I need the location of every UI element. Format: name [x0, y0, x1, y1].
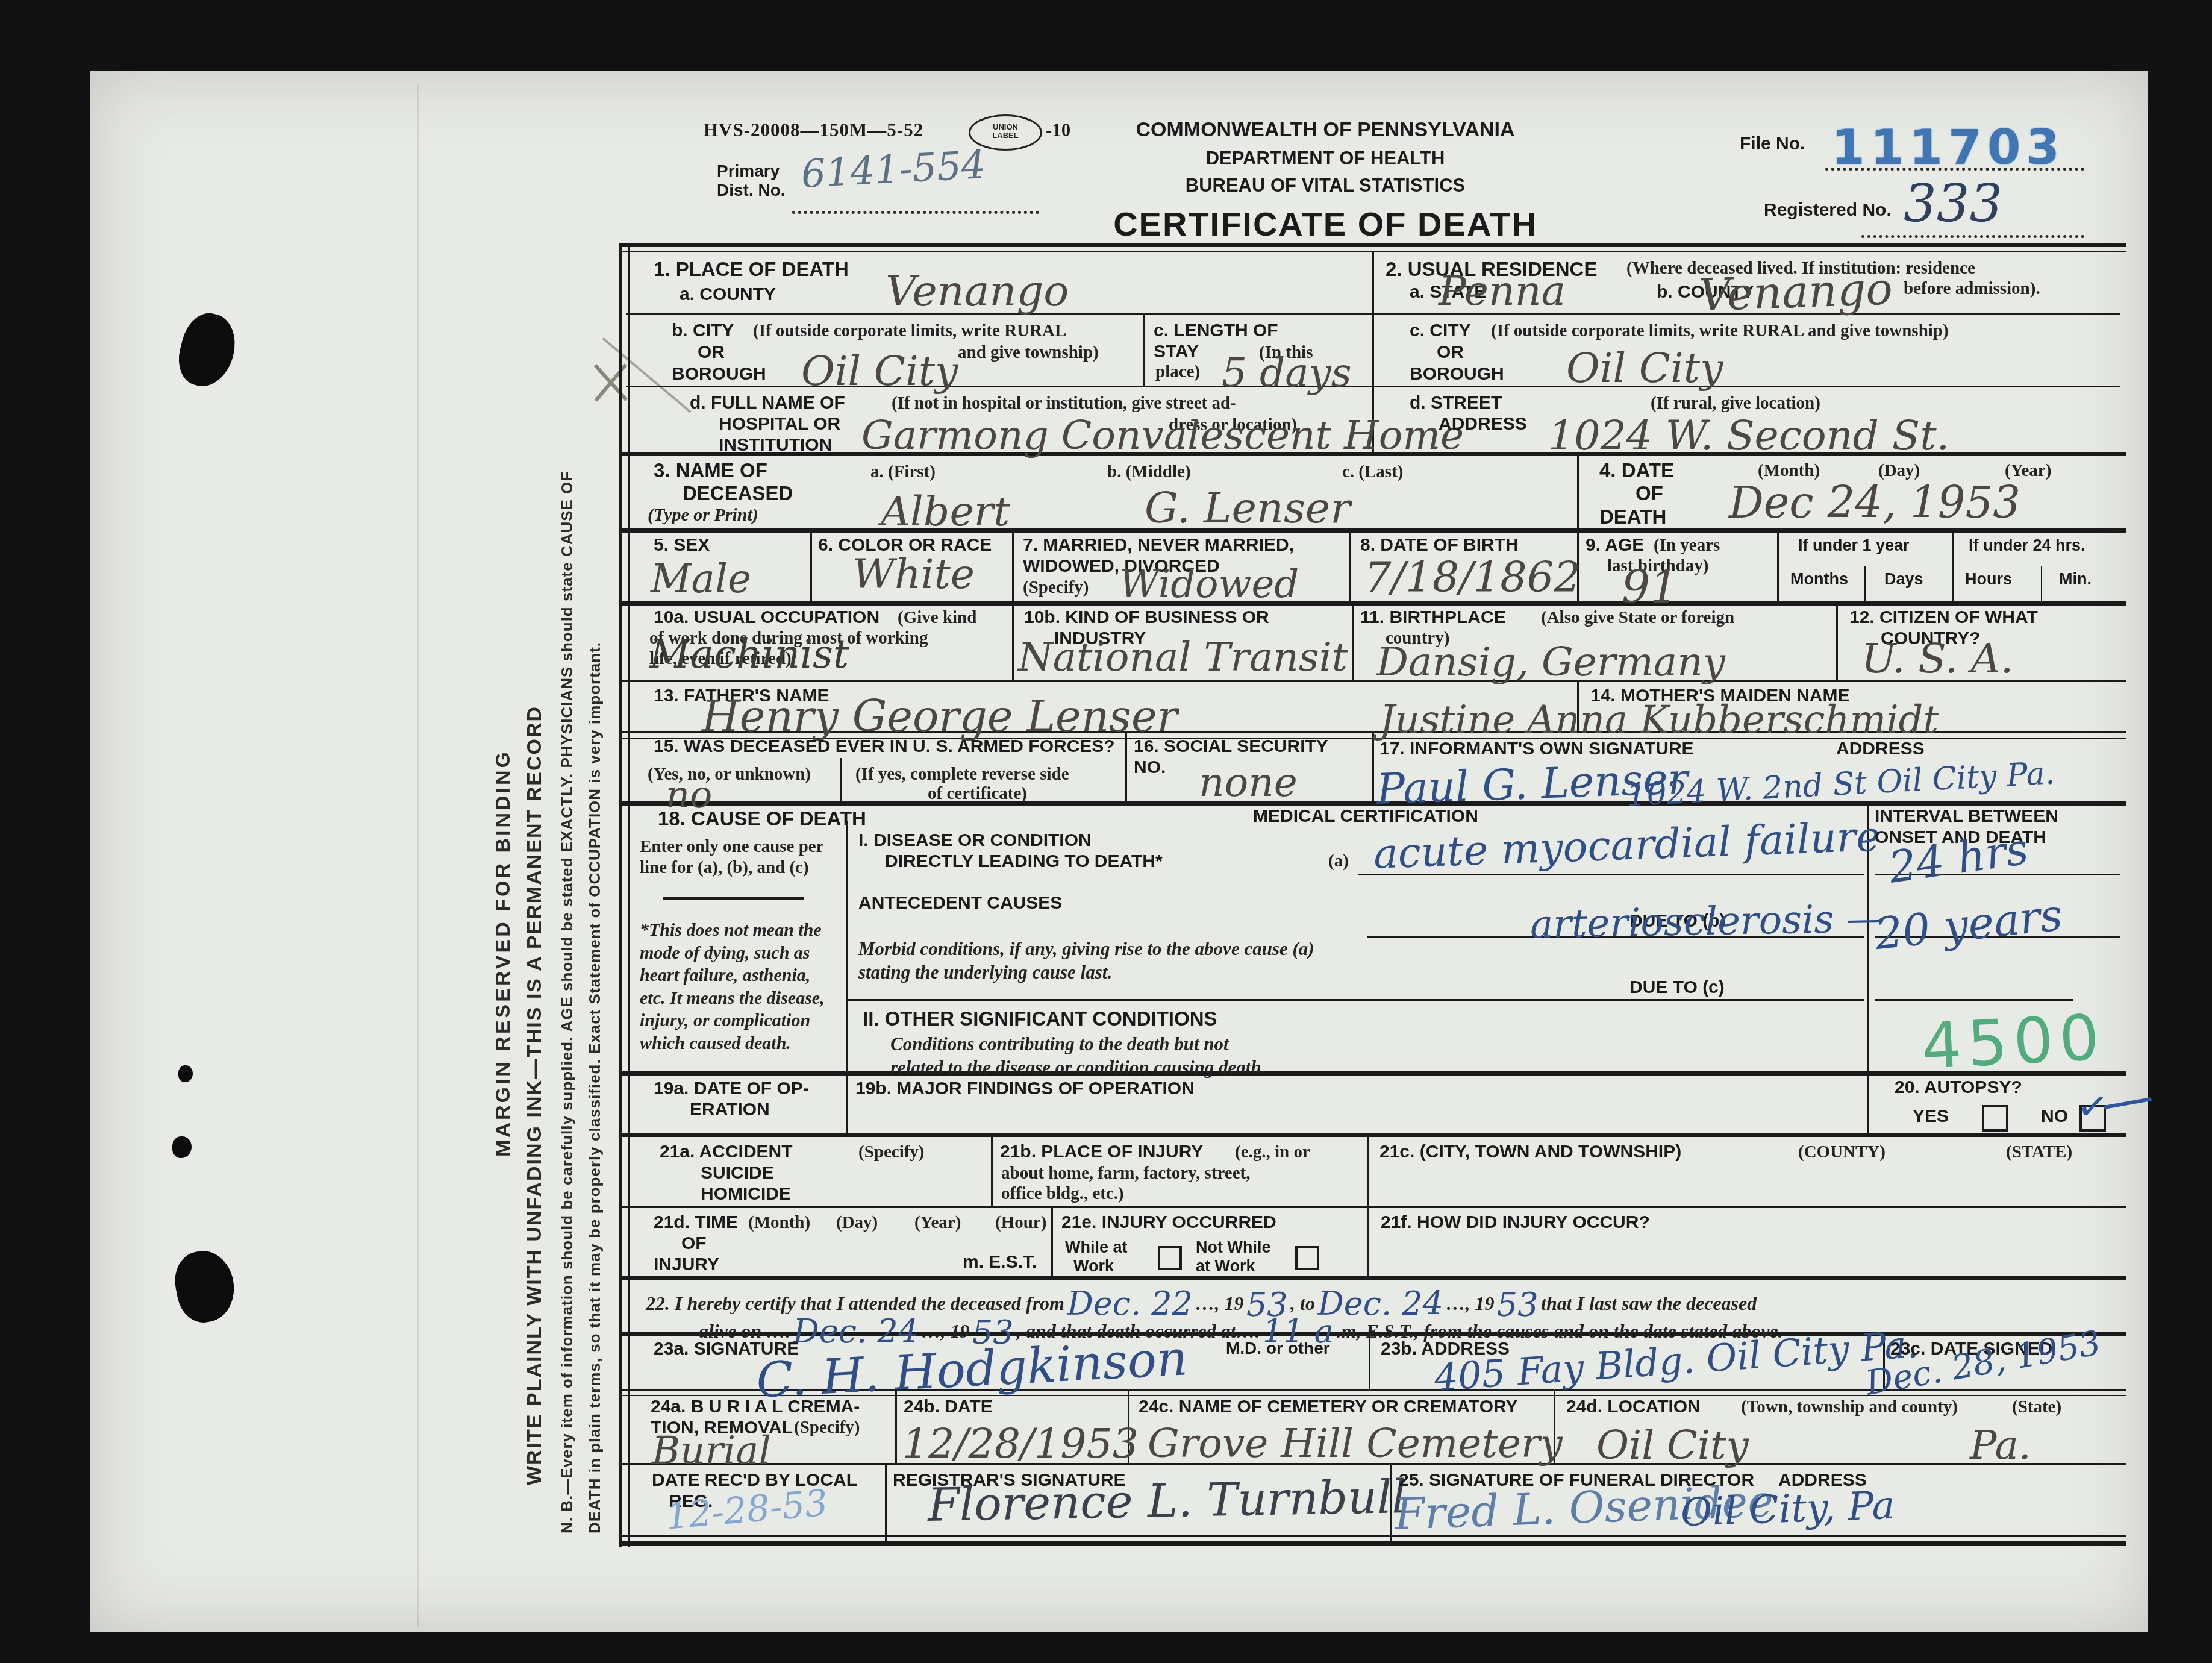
field-street-paren: (If rural, give location) [1651, 393, 1820, 414]
field-occupation-paren: (Give kind [898, 607, 976, 628]
field-type-or-print-label: (Type or Print) [648, 504, 758, 527]
cause-asterisk-note: *This does not mean the mode of dying, s… [640, 919, 840, 1054]
field-injury-city-label: 21c. (CITY, TOWN AND TOWNSHIP) [1379, 1142, 1681, 1163]
field-birthplace-value: Dansig, Germany [1376, 644, 1725, 681]
md-or-other-label: M.D. or other [1226, 1339, 1330, 1358]
field-place-of-injury-label: 21b. PLACE OF INJURY [1000, 1142, 1203, 1163]
rule [1012, 528, 1014, 601]
rule [1143, 313, 1145, 386]
commonwealth-line: COMMONWEALTH OF PENNSYLVANIA [1096, 118, 1554, 142]
green-code-number: 4500 [1920, 1000, 2107, 1083]
field-registrar-signature-value: Florence L. Turnbull [927, 1475, 1407, 1527]
rule [1836, 601, 1838, 680]
field-marital-specify-label: (Specify) [1023, 577, 1089, 598]
rule [810, 528, 812, 601]
field-burial-date-value: 12/28/1953 [902, 1425, 1139, 1464]
field-date-of-birth-value: 7/18/1862 [1364, 557, 1581, 598]
department-line: DEPARTMENT OF HEALTH [1096, 148, 1554, 169]
field-time-of-injury-label: 21d. TIMEOFINJURY [654, 1212, 738, 1275]
field-city-paren: (If outside corporate limits, write RURA… [753, 321, 1066, 342]
medical-certification-label: MEDICAL CERTIFICATION [1253, 806, 1478, 827]
field-armed-forces-ifyes2: of certificate) [928, 783, 1027, 804]
field-middle-last-name-value: G. Lenser [1145, 488, 1351, 528]
cause-intro-note: Enter only one cause per line for (a), (… [640, 836, 839, 878]
field-age-label: 9. AGE [1586, 535, 1644, 556]
field-city-paren2: and give township) [958, 342, 1099, 363]
field-toi-month-label: (Month) [748, 1212, 810, 1233]
field-burial-location-value: Oil City [1596, 1427, 1749, 1465]
rule [885, 1463, 887, 1541]
field-months-label: Months [1790, 570, 1848, 589]
field-age-value: 91 [1622, 566, 1678, 609]
field-toi-hour-label: (Hour) [995, 1212, 1046, 1233]
field-name-of-deceased-label: 3. NAME OFDECEASED [654, 459, 793, 506]
field-occupation-label: 10a. USUAL OCCUPATION [654, 607, 879, 628]
rule [1864, 566, 1866, 601]
field-birthplace-paren: (Also give State or foreign [1541, 607, 1734, 628]
morbid-conditions-note: Morbid conditions, if any, giving rise t… [858, 938, 1346, 985]
rule [1861, 205, 2084, 238]
rule [1372, 731, 1374, 801]
field-place-of-injury-paren2: about home, farm, factory, street, [1001, 1163, 1250, 1184]
form-number: HVS-20008—150M—5-52 [704, 119, 923, 141]
seal-suffix: -10 [1046, 119, 1070, 141]
field-marital-value: Widowed [1119, 566, 1299, 603]
field-under-1-year-label: If under 1 year [1798, 536, 1910, 555]
field-birthplace-label: 11. BIRTHPLACE [1360, 607, 1506, 628]
field-first-label: a. (First) [870, 462, 936, 483]
other-significant-conditions-label: II. OTHER SIGNIFICANT CONDITIONS [863, 1007, 1217, 1030]
field-cemetery-label: 24c. NAME OF CEMETERY OR CREMATORY [1139, 1397, 1518, 1418]
field-institution-paren: (If not in hospital or institution, give… [892, 393, 1236, 414]
field-res-or-label: OR [1437, 342, 1464, 363]
field-informant-address-label: ADDRESS [1836, 739, 1925, 760]
field-borough-label: BOROUGH [672, 364, 766, 385]
rule [1875, 999, 2073, 1001]
rule [1577, 452, 1579, 528]
field-res-city-paren: (If outside corporate limits, write RURA… [1491, 321, 1949, 342]
rule [619, 601, 2126, 606]
field-funeral-director-address-value: Oil City, Pa [1680, 1488, 1895, 1532]
rule [1777, 528, 1779, 601]
file-no-label: File No. [1740, 134, 1805, 155]
field-place-of-injury-paren: (e.g., in or [1235, 1142, 1310, 1163]
field-armed-forces-label: 15. WAS DECEASED EVER IN U. S. ARMED FOR… [654, 736, 1115, 757]
due-to-c-label: DUE TO (c) [1629, 977, 1725, 998]
rule [619, 243, 2126, 247]
rule [991, 1133, 993, 1206]
field-street-label: d. STREETADDRESS [1410, 393, 1527, 435]
field-industry-value: National Transit [1018, 639, 1348, 677]
rule [619, 1133, 2126, 1137]
margin-nb-note-2: DEATH in plain terms, so that it may be … [586, 642, 604, 1533]
autopsy-yes-checkbox[interactable] [1982, 1105, 2008, 1132]
rule [2041, 566, 2042, 601]
scanned-death-certificate: MARGIN RESERVED FOR BINDING WRITE PLAINL… [0, 0, 2212, 1663]
primary-dist-label: PrimaryDist. No. [717, 161, 786, 201]
field-county-label: a. COUNTY [680, 284, 776, 305]
field-length-of-stay-value: 5 days [1222, 354, 1352, 392]
rule [619, 1206, 2126, 1208]
rule [840, 758, 842, 801]
bureau-line: BUREAU OF VITAL STATISTICS [1096, 175, 1554, 196]
field-burial-state-value: Pa. [1970, 1427, 2031, 1465]
margin-permanent-record-note: WRITE PLAINLY WITH UNFADING INK—THIS IS … [523, 706, 546, 1485]
field-last-label: c. (Last) [1342, 462, 1403, 483]
field-date-of-death-value: Dec 24, 1953 [1729, 482, 2020, 523]
conditions-contributing-note: Conditions contributing to the death but… [890, 1033, 1266, 1080]
field-fathers-name-value: Henry George Lenser [702, 696, 1178, 737]
margin-nb-note-1: N. B.—Every item of information should b… [558, 471, 576, 1533]
rule [1952, 528, 1954, 601]
field-res-county-value: Venango [1698, 268, 1893, 316]
field-middle-label: b. (Middle) [1107, 462, 1191, 483]
field-length-of-stay-paren2: place) [1155, 362, 1200, 383]
rule [1349, 528, 1351, 601]
autopsy-yes-label: YES [1913, 1106, 1949, 1127]
field-first-name-value: Albert [881, 493, 1010, 532]
field-days-label: Days [1884, 570, 1923, 589]
rule [1825, 137, 2084, 171]
field-hours-label: Hours [1965, 570, 2012, 589]
field-res-borough-label: BOROUGH [1410, 364, 1504, 385]
rule [619, 801, 2126, 806]
field-armed-forces-ifyes: (If yes, complete reverse side [855, 764, 1069, 785]
field-toi-year-label: (Year) [914, 1212, 961, 1233]
field-street-value: 1024 W. Second St. [1548, 417, 1949, 456]
field-burial-state-label: (State) [2012, 1397, 2061, 1418]
field-cause-of-death-label: 18. CAUSE OF DEATH [658, 807, 866, 830]
field-place-of-death-label: 1. PLACE OF DEATH [654, 258, 849, 281]
field-state-value: Penna [1439, 272, 1566, 312]
field-city-label: b. CITY [672, 321, 734, 342]
injury-not-while-at-work-label: Not Whileat Work [1196, 1238, 1270, 1276]
field-institution-value: Garmong Convalescent Home [861, 417, 1464, 455]
fold-crease [417, 84, 419, 1627]
due-to-b-value: arteriosclerosis — [1530, 901, 1886, 944]
field-ssn-value: none [1199, 764, 1298, 802]
field-city-value: Oil City [801, 352, 958, 392]
field-age-paren: (In years [1654, 535, 1720, 556]
field-occupation-value: Machinist [649, 636, 849, 674]
rule [1367, 1133, 1369, 1206]
injury-while-at-work-label: While atWork [1065, 1238, 1128, 1276]
disease-leading-to-death-label: I. DISEASE OR CONDITIONDIRECTLY LEADING … [858, 830, 1163, 872]
antecedent-causes-label: ANTECEDENT CAUSES [858, 893, 1062, 914]
rule [1867, 1071, 1869, 1133]
field-burial-location-label: 24d. LOCATION [1566, 1397, 1701, 1418]
rule [846, 1071, 848, 1133]
field-min-label: Min. [2059, 570, 2092, 589]
rule [619, 1276, 2126, 1280]
not-while-at-work-checkbox[interactable] [1295, 1246, 1319, 1270]
field-injury-county-label: (COUNTY) [1798, 1142, 1886, 1163]
rule [1051, 1206, 1053, 1276]
field-institution-label: d. FULL NAME OFHOSPITAL ORINSTITUTION [690, 393, 845, 456]
rule [1352, 601, 1354, 680]
field-usual-residence-paren2: before admission). [1904, 278, 2040, 299]
rule [628, 244, 630, 1547]
field-color-race-value: White [852, 556, 975, 595]
rule [619, 528, 2126, 533]
margin-binding-note: MARGIN RESERVED FOR BINDING [492, 750, 515, 1157]
rule [792, 181, 1039, 214]
rule [1012, 601, 1014, 680]
while-at-work-checkbox[interactable] [1158, 1246, 1182, 1270]
field-date-of-death-label: 4. DATEOFDEATH [1599, 459, 1674, 528]
rule [619, 244, 622, 1547]
rule [619, 1541, 2126, 1546]
field-toi-est-label: m. E.S.T. [963, 1252, 1037, 1273]
field-burial-value: Burial [652, 1433, 771, 1470]
field-sex-value: Male [651, 560, 751, 598]
field-toi-day-label: (Day) [836, 1212, 878, 1233]
field-asc-specify-label: (Specify) [858, 1142, 925, 1163]
rule [846, 821, 848, 1071]
field-res-city-value: Oil City [1566, 349, 1723, 389]
field-res-city-label: c. CITY [1410, 321, 1471, 342]
rule [619, 1071, 2126, 1076]
field-county-value: Venango [886, 271, 1069, 312]
field-injury-occurred-label: 21e. INJURY OCCURRED [1061, 1212, 1276, 1233]
field-burial-specify-label: (Specify) [794, 1417, 860, 1438]
disease-a-label: (a) [1328, 851, 1349, 872]
field-city-or-label: OR [698, 342, 725, 363]
field-burial-location-paren: (Town, township and county) [1741, 1397, 1958, 1418]
autopsy-no-label: NO [2041, 1106, 2068, 1127]
field-under-24-hrs-label: If under 24 hrs. [1969, 536, 2085, 555]
union-seal-text: UNIONLABEL [970, 116, 1040, 140]
field-accident-suicide-homicide-label: 21a. ACCIDENTSUICIDEHOMICIDE [660, 1142, 793, 1204]
agency-header: COMMONWEALTH OF PENNSYLVANIA DEPARTMENT … [1096, 118, 1554, 244]
certificate-title: CERTIFICATE OF DEATH [1096, 205, 1554, 244]
field-place-of-injury-paren3: office bldg., etc.) [1001, 1183, 1124, 1204]
field-sex-label: 5. SEX [654, 535, 710, 556]
field-autopsy-label: 20. AUTOPSY? [1895, 1077, 2022, 1098]
rule [846, 999, 1864, 1001]
field-burial-date-label: 24b. DATE [904, 1397, 993, 1418]
field-how-did-injury-occur-label: 21f. HOW DID INJURY OCCUR? [1381, 1212, 1650, 1233]
field-citizen-value: U. S. A. [1861, 640, 2013, 679]
field-date-of-operation-label: 19a. DATE OF OP-ERATION [654, 1079, 809, 1121]
field-mothers-maiden-name-value: Justine Anna Kubberschmidt [1379, 702, 1939, 739]
field-injury-state-label: (STATE) [2006, 1142, 2072, 1163]
rule [663, 897, 804, 900]
certify-text: …, 19 [921, 1320, 969, 1342]
field-major-findings-label: 19b. MAJOR FINDINGS OF OPERATION [855, 1079, 1195, 1100]
rule [1367, 1206, 1369, 1276]
rule [619, 1535, 2126, 1537]
field-cemetery-value: Grove Hill Cemetery [1148, 1425, 1563, 1463]
